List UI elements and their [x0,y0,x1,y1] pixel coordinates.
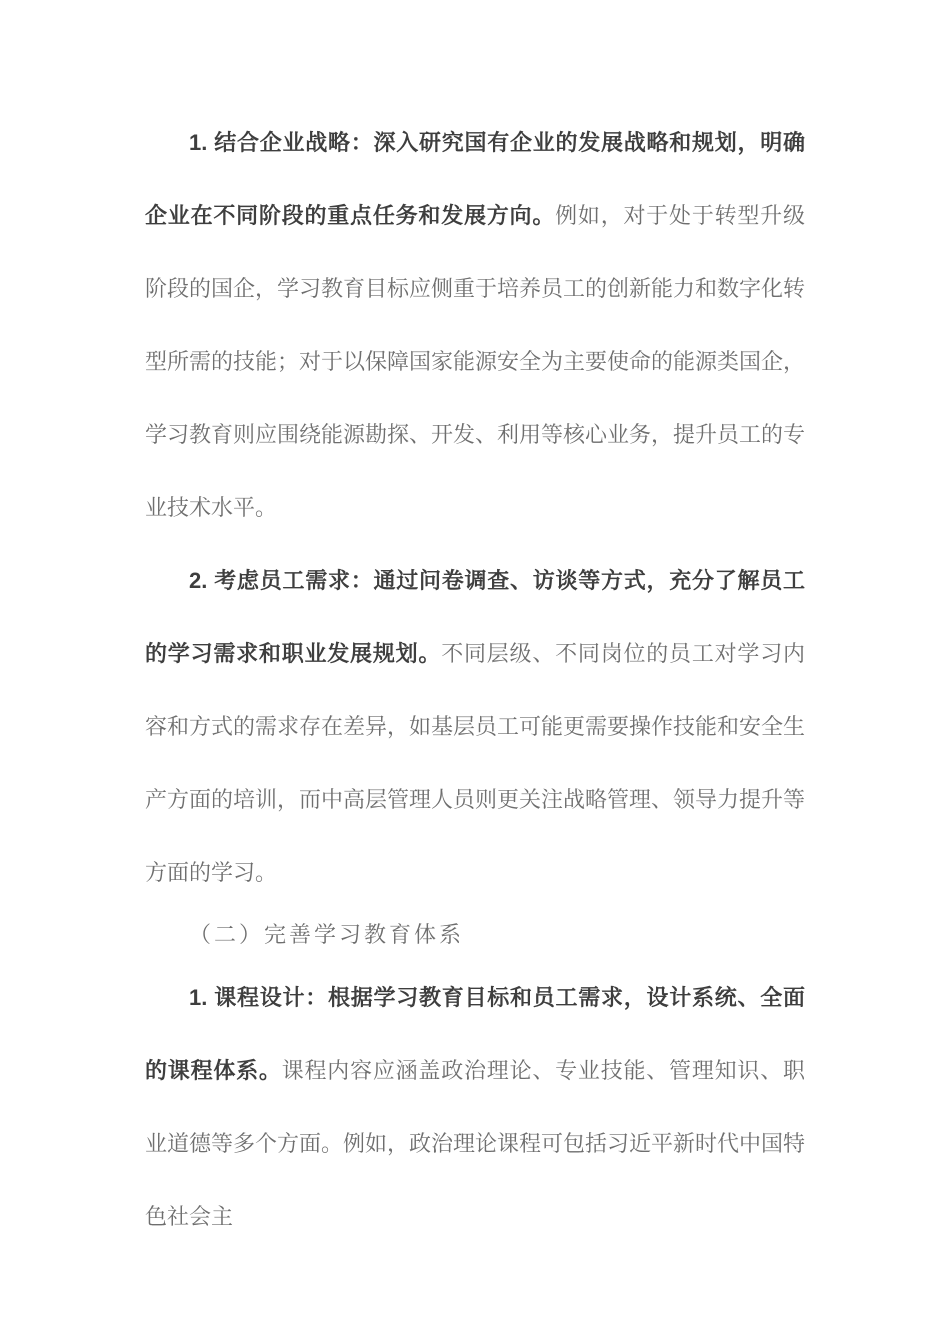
section-heading-text: （二）完善学习教育体系 [189,922,464,947]
paragraph-employee-needs-body-text: 不同层级、不同岗位的员工对学习内容和方式的需求存在差异，如基层员工可能更需要操作… [145,641,805,885]
paragraph-course-design-body-text: 课程内容应涵盖政治理论、专业技能、管理知识、职业道德等多个方面。例如，政治理论课… [145,1058,805,1229]
paragraph-enterprise-strategy: 1. 结合企业战略：深入研究国有企业的发展战略和规划，明确企业在不同阶段的重点任… [145,106,805,544]
paragraph-course-design: 1. 课程设计：根据学习教育目标和员工需求，设计系统、全面的课程体系。课程内容应… [145,961,805,1253]
section-heading: （二）完善学习教育体系 [145,909,805,961]
paragraph-enterprise-strategy-body-text: 例如，对于处于转型升级阶段的国企，学习教育目标应侧重于培养员工的创新能力和数字化… [145,203,805,520]
paragraph-employee-needs: 2. 考虑员工需求：通过问卷调查、访谈等方式，充分了解员工的学习需求和职业发展规… [145,544,805,909]
document-page: 1. 结合企业战略：深入研究国有企业的发展战略和规划，明确企业在不同阶段的重点任… [0,0,950,1344]
